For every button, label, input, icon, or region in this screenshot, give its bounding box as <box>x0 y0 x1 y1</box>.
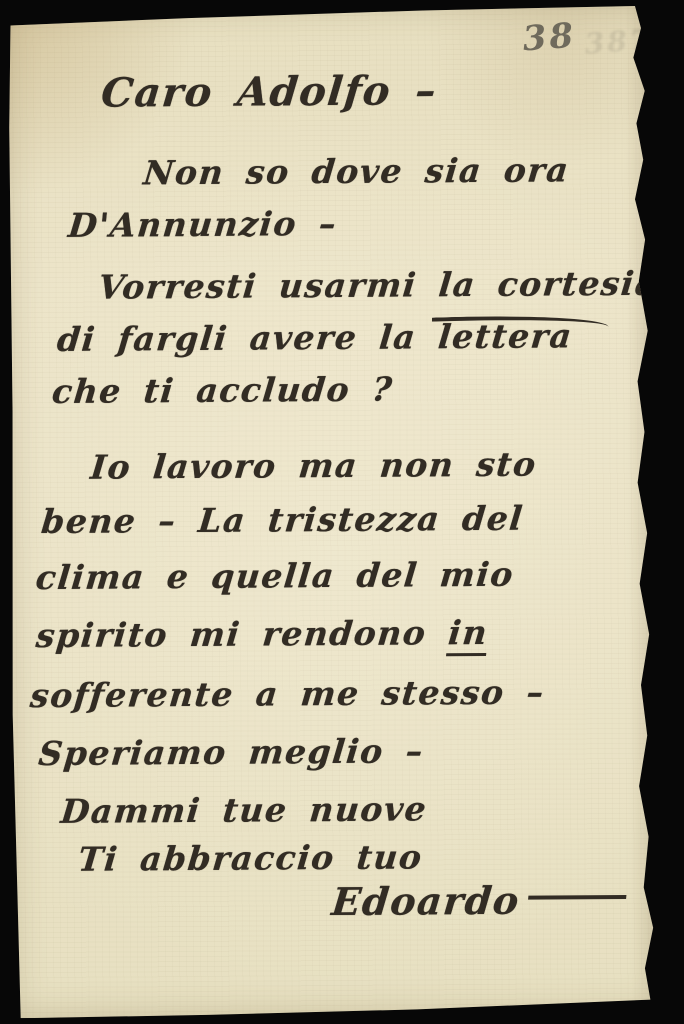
letter-paper-sheet: 38 387 Caro Adolfo – Non so dove sia ora… <box>4 2 665 1019</box>
signature-flourish-stroke <box>528 894 626 899</box>
letter-line: spirito mi rendono in <box>34 606 607 662</box>
pencil-page-number: 38 <box>521 18 577 56</box>
signature: Edoardo <box>329 874 580 928</box>
letter-line: che ti accludo ? <box>50 362 631 418</box>
signature-name: Edoardo <box>330 878 522 924</box>
handwritten-letter-body: Caro Adolfo – Non so dove sia ora D'Annu… <box>0 60 660 931</box>
letter-line-salutation: Caro Adolfo – <box>99 60 661 124</box>
letter-line: Speriamo meglio – <box>36 724 595 780</box>
letter-line: D'Annunzio – <box>66 196 647 252</box>
letter-line: sofferente a me stesso – <box>28 666 601 722</box>
letter-line-text: di fargli avere la <box>55 317 440 359</box>
letter-line: di fargli avere la lettera <box>55 310 636 366</box>
letter-line: Vorresti usarmi la cortesia <box>96 258 641 314</box>
letter-line: clima e quella del mio <box>33 548 612 604</box>
erased-pencil-mark: 387 <box>584 25 653 58</box>
letter-line: Dammi tue nuove <box>58 782 589 838</box>
letter-line-text: spirito mi rendono <box>34 613 450 655</box>
letter-line: Non so dove sia ora <box>141 144 652 200</box>
letter-line: bene – La tristezza del <box>39 492 618 548</box>
flourished-word: lettera <box>436 310 575 363</box>
hyphenated-word: in <box>446 613 490 656</box>
scanned-letter-photo: { "annotations": { "page_number": "38", … <box>0 0 684 1024</box>
letter-line: Io lavoro ma non sto <box>88 438 623 494</box>
